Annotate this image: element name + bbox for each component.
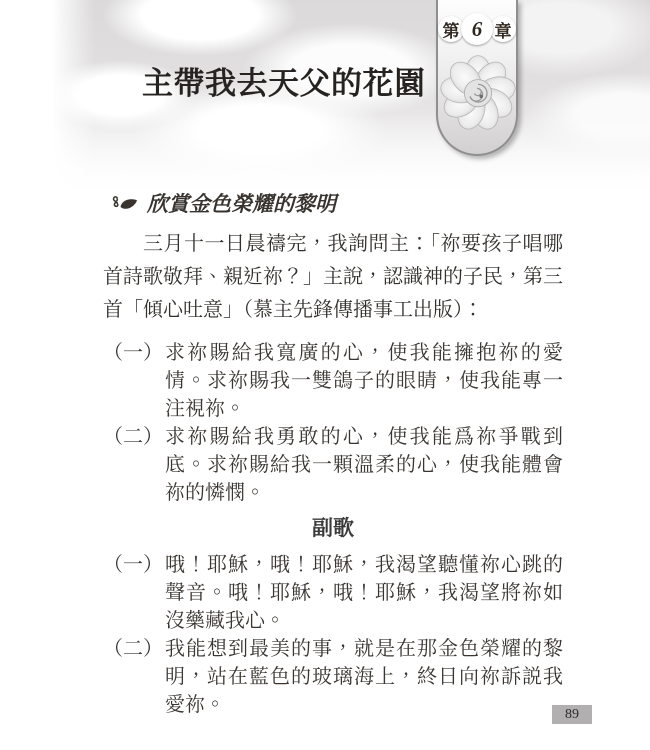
verse-marker: （二）: [103, 423, 165, 507]
verse-marker: （二）: [103, 635, 165, 719]
verse-text: 我能想到最美的事，就是在那金色榮耀的黎明，站在藍色的玻璃海上，終日向祢訴説我愛祢…: [165, 635, 563, 719]
chapter-badge-number: 6: [461, 13, 493, 45]
intro-paragraph: 三月十一日晨禱完，我詢問主：「祢要孩子唱哪首詩歌敬拜、親近祢？」主說，認識神的子…: [103, 228, 563, 327]
verse-item: （二） 求祢賜給我勇敢的心，使我能爲祢爭戰到底。求祢賜給我一顆溫柔的心，使我能體…: [103, 423, 563, 507]
verse-item: （一） 求祢賜給我寬廣的心，使我能擁抱祢的愛情。求祢賜我一雙鴿子的眼睛，使我能專…: [103, 339, 563, 423]
page-number-box: 89: [552, 705, 592, 724]
verse-text: 哦！耶穌，哦！耶穌，我渴望聽懂祢心跳的聲音。哦！耶穌，哦！耶穌，我渴望將祢如沒藥…: [165, 551, 563, 635]
section-heading-text: 欣賞金色榮耀的黎明: [147, 188, 336, 218]
section-heading: 欣賞金色榮耀的黎明: [112, 188, 336, 218]
text-column: 三月十一日晨禱完，我詢問主：「祢要孩子唱哪首詩歌敬拜、親近祢？」主說，認識神的子…: [103, 228, 563, 719]
chapter-tab: 第 6 章: [436, 0, 518, 156]
rose-image: [438, 48, 518, 132]
chorus-heading: 副歌: [103, 515, 563, 543]
chapter-badge: 第 6 章: [438, 13, 516, 45]
verse-marker: （一）: [103, 551, 165, 635]
page-number: 89: [565, 707, 579, 723]
chorus-item: （一） 哦！耶穌，哦！耶穌，我渴望聽懂祢心跳的聲音。哦！耶穌，哦！耶穌，我渴望將…: [103, 551, 563, 635]
verse-text: 求祢賜給我勇敢的心，使我能爲祢爭戰到底。求祢賜給我一顆溫柔的心，使我能體會祢的憐…: [165, 423, 563, 507]
chapter-badge-suffix: 章: [490, 16, 516, 42]
chorus-list: （一） 哦！耶穌，哦！耶穌，我渴望聽懂祢心跳的聲音。哦！耶穌，哦！耶穌，我渴望將…: [103, 551, 563, 719]
verse-list: （一） 求祢賜給我寬廣的心，使我能擁抱祢的愛情。求祢賜我一雙鴿子的眼睛，使我能專…: [103, 339, 563, 507]
verse-marker: （一）: [103, 339, 165, 423]
verse-text: 求祢賜給我寬廣的心，使我能擁抱祢的愛情。求祢賜我一雙鴿子的眼睛，使我能專一注視祢…: [165, 339, 563, 423]
chorus-item: （二） 我能想到最美的事，就是在那金色榮耀的黎明，站在藍色的玻璃海上，終日向祢訴…: [103, 635, 563, 719]
chapter-title: 主帶我去天父的花園: [142, 58, 426, 103]
book-page: 主帶我去天父的花園 第 6 章: [0, 0, 650, 750]
leaf-ornament-icon: [112, 194, 138, 213]
